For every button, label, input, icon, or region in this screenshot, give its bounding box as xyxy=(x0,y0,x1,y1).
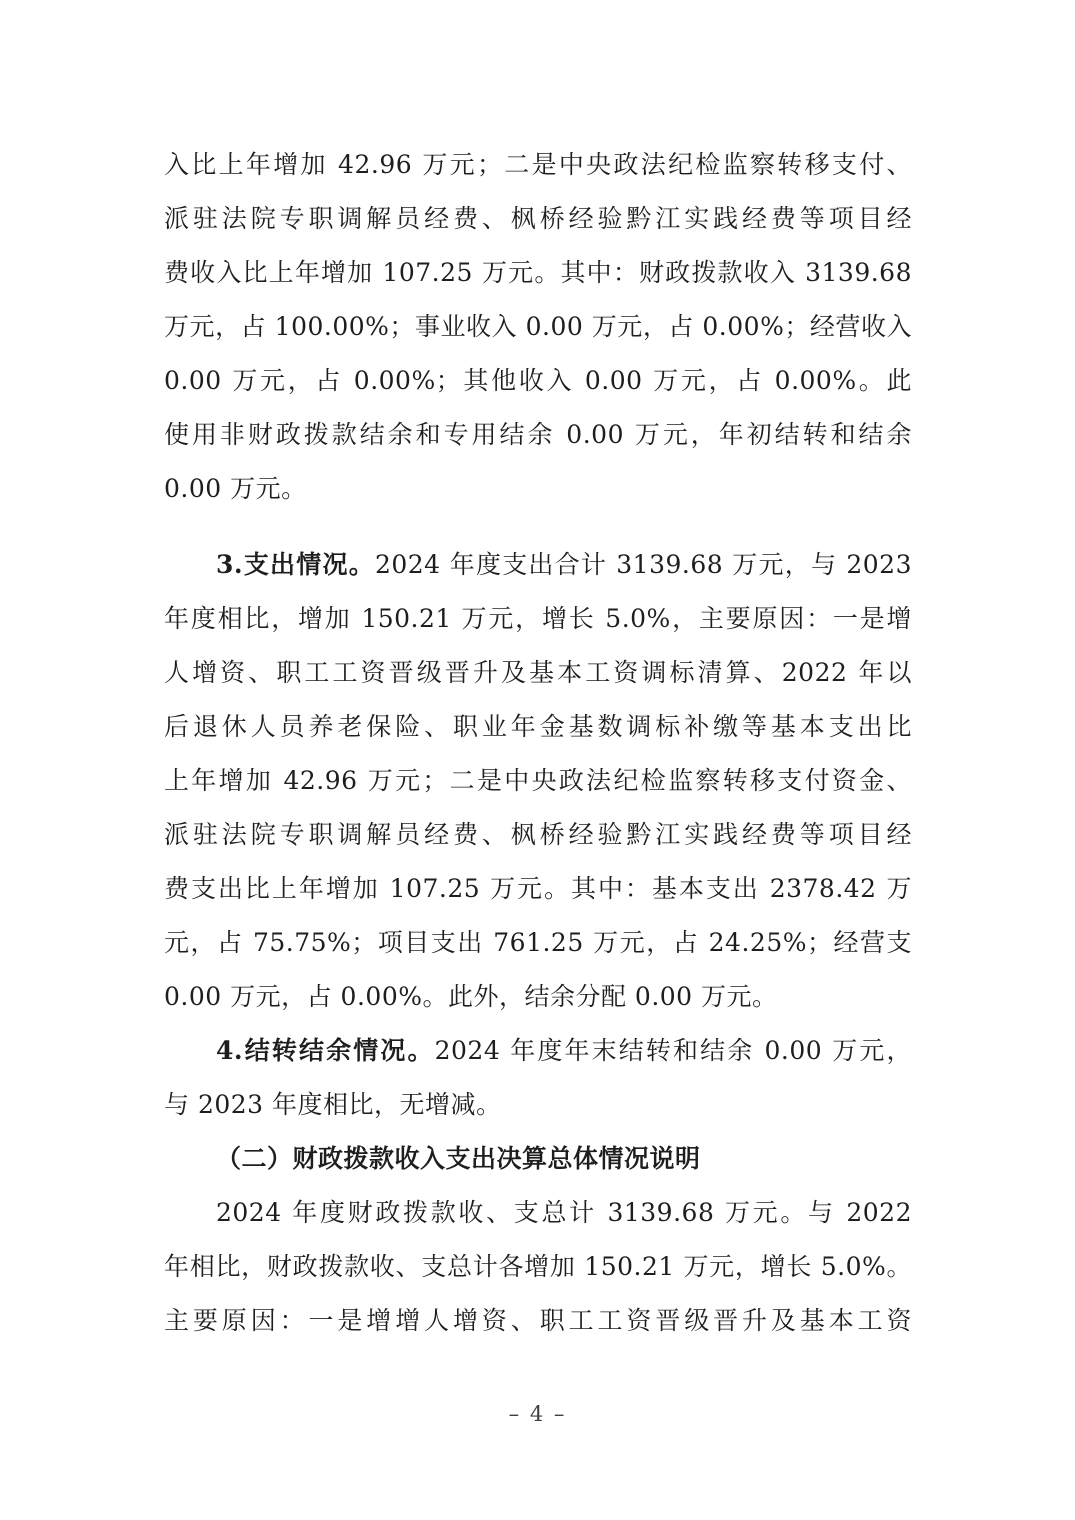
text-line: 费支出比上年增加 107.25 万元。其中：基本支出 2378.42 万 xyxy=(164,862,912,916)
text-line: 派驻法院专职调解员经费、枫桥经验黔江实践经费等项目经 xyxy=(164,192,912,246)
text-line: 派驻法院专职调解员经费、枫桥经验黔江实践经费等项目经 xyxy=(164,808,912,862)
document-page: 入比上年增加 42.96 万元；二是中央政法纪检监察转移支付、派驻法院专职调解员… xyxy=(0,0,1075,1520)
text-line: 使用非财政拨款结余和专用结余 0.00 万元，年初结转和结余 xyxy=(164,408,912,462)
text-line: 元，占 75.75%；项目支出 761.25 万元，占 24.25%；经营支出 xyxy=(164,916,912,970)
para-income-continuation: 入比上年增加 42.96 万元；二是中央政法纪检监察转移支付、派驻法院专职调解员… xyxy=(164,138,912,516)
heading-fiscal-appropriation-overview: （二）财政拨款收入支出决算总体情况说明 xyxy=(164,1132,912,1186)
text-line: 上年增加 42.96 万元；二是中央政法纪检监察转移支付资金、 xyxy=(164,754,912,808)
text-line: 0.00 万元。 xyxy=(164,462,912,516)
text-line: 0.00 万元，占 0.00%。此外，结余分配 0.00 万元。 xyxy=(164,970,912,1024)
text-line: 4.结转结余情况。2024 年度年末结转和结余 0.00 万元， xyxy=(164,1024,912,1078)
text-line: 年度相比，增加 150.21 万元，增长 5.0%，主要原因：一是增 xyxy=(164,592,912,646)
text-line: 0.00 万元，占 0.00%；其他收入 0.00 万元，占 0.00%。此外， xyxy=(164,354,912,408)
text-line: 后退休人员养老保险、职业年金基数调标补缴等基本支出比 xyxy=(164,700,912,754)
para-carryover-balance: 4.结转结余情况。2024 年度年末结转和结余 0.00 万元，与 2023 年… xyxy=(164,1024,912,1132)
text-line: 3.支出情况。2024 年度支出合计 3139.68 万元，与 2023 xyxy=(164,538,912,592)
text-line: 2024 年度财政拨款收、支总计 3139.68 万元。与 2022 xyxy=(164,1186,912,1240)
text-line: 费收入比上年增加 107.25 万元。其中：财政拨款收入 3139.68 xyxy=(164,246,912,300)
text-block: 入比上年增加 42.96 万元；二是中央政法纪检监察转移支付、派驻法院专职调解员… xyxy=(164,138,912,1348)
text-line: 人增资、职工工资晋级晋升及基本工资调标清算、2022 年以 xyxy=(164,646,912,700)
text-line: 与 2023 年度相比，无增减。 xyxy=(164,1078,912,1132)
text-line: 主要原因：一是增增人增资、职工工资晋级晋升及基本工资 xyxy=(164,1294,912,1348)
text-line: 万元，占 100.00%；事业收入 0.00 万元，占 0.00%；经营收入 xyxy=(164,300,912,354)
text-line: 年相比，财政拨款收、支总计各增加 150.21 万元，增长 5.0%。 xyxy=(164,1240,912,1294)
bold-lead-in: 4.结转结余情况。 xyxy=(216,1036,435,1065)
text-line: （二）财政拨款收入支出决算总体情况说明 xyxy=(164,1132,912,1186)
text-line: 入比上年增加 42.96 万元；二是中央政法纪检监察转移支付、 xyxy=(164,138,912,192)
page-number: – 4 – xyxy=(0,1400,1075,1428)
para-fiscal-appropriation-totals: 2024 年度财政拨款收、支总计 3139.68 万元。与 2022年相比，财政… xyxy=(164,1186,912,1348)
bold-lead-in: 3.支出情况。 xyxy=(216,550,375,579)
para-expenditure-situation: 3.支出情况。2024 年度支出合计 3139.68 万元，与 2023年度相比… xyxy=(164,538,912,1024)
